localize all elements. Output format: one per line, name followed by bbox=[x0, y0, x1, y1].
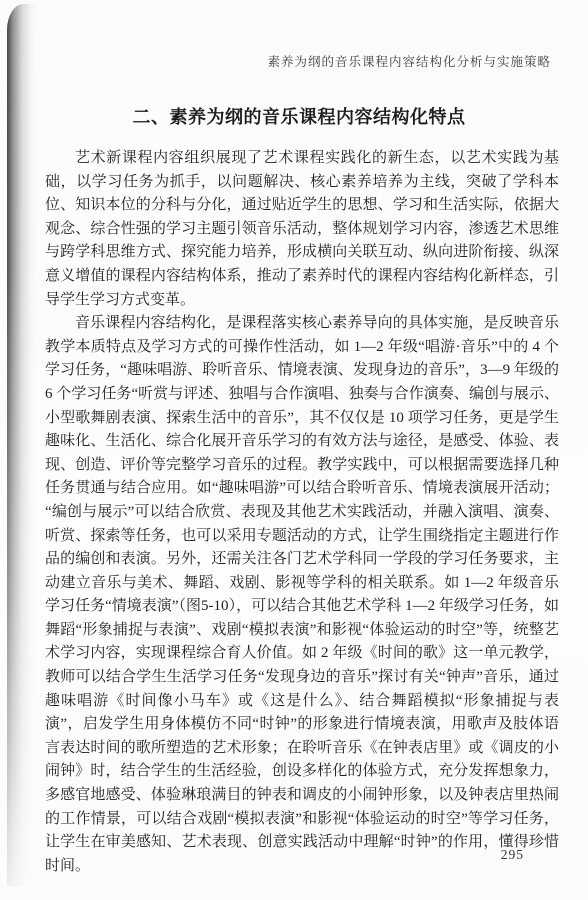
paragraph-2: 音乐课程内容结构化，是课程落实核心素养导向的具体实施，是反映音乐教学本质特点及学… bbox=[45, 312, 559, 878]
page-number: 295 bbox=[501, 847, 524, 863]
page-spine-shadow bbox=[7, 4, 37, 886]
paragraph-1: 艺术新课程内容组织展现了艺术课程实践化的新生态，以艺术实践为基础，以学习任务为抓… bbox=[45, 147, 559, 312]
document-page: 素养为纲的音乐课程内容结构化分析与实施策略 二、素养为纲的音乐课程内容结构化特点… bbox=[0, 0, 588, 900]
body-text: 艺术新课程内容组织展现了艺术课程实践化的新生态，以艺术实践为基础，以学习任务为抓… bbox=[45, 147, 559, 878]
running-header: 素养为纲的音乐课程内容结构化分析与实施策略 bbox=[267, 52, 551, 70]
section-heading: 二、素养为纲的音乐课程内容结构化特点 bbox=[40, 103, 558, 129]
